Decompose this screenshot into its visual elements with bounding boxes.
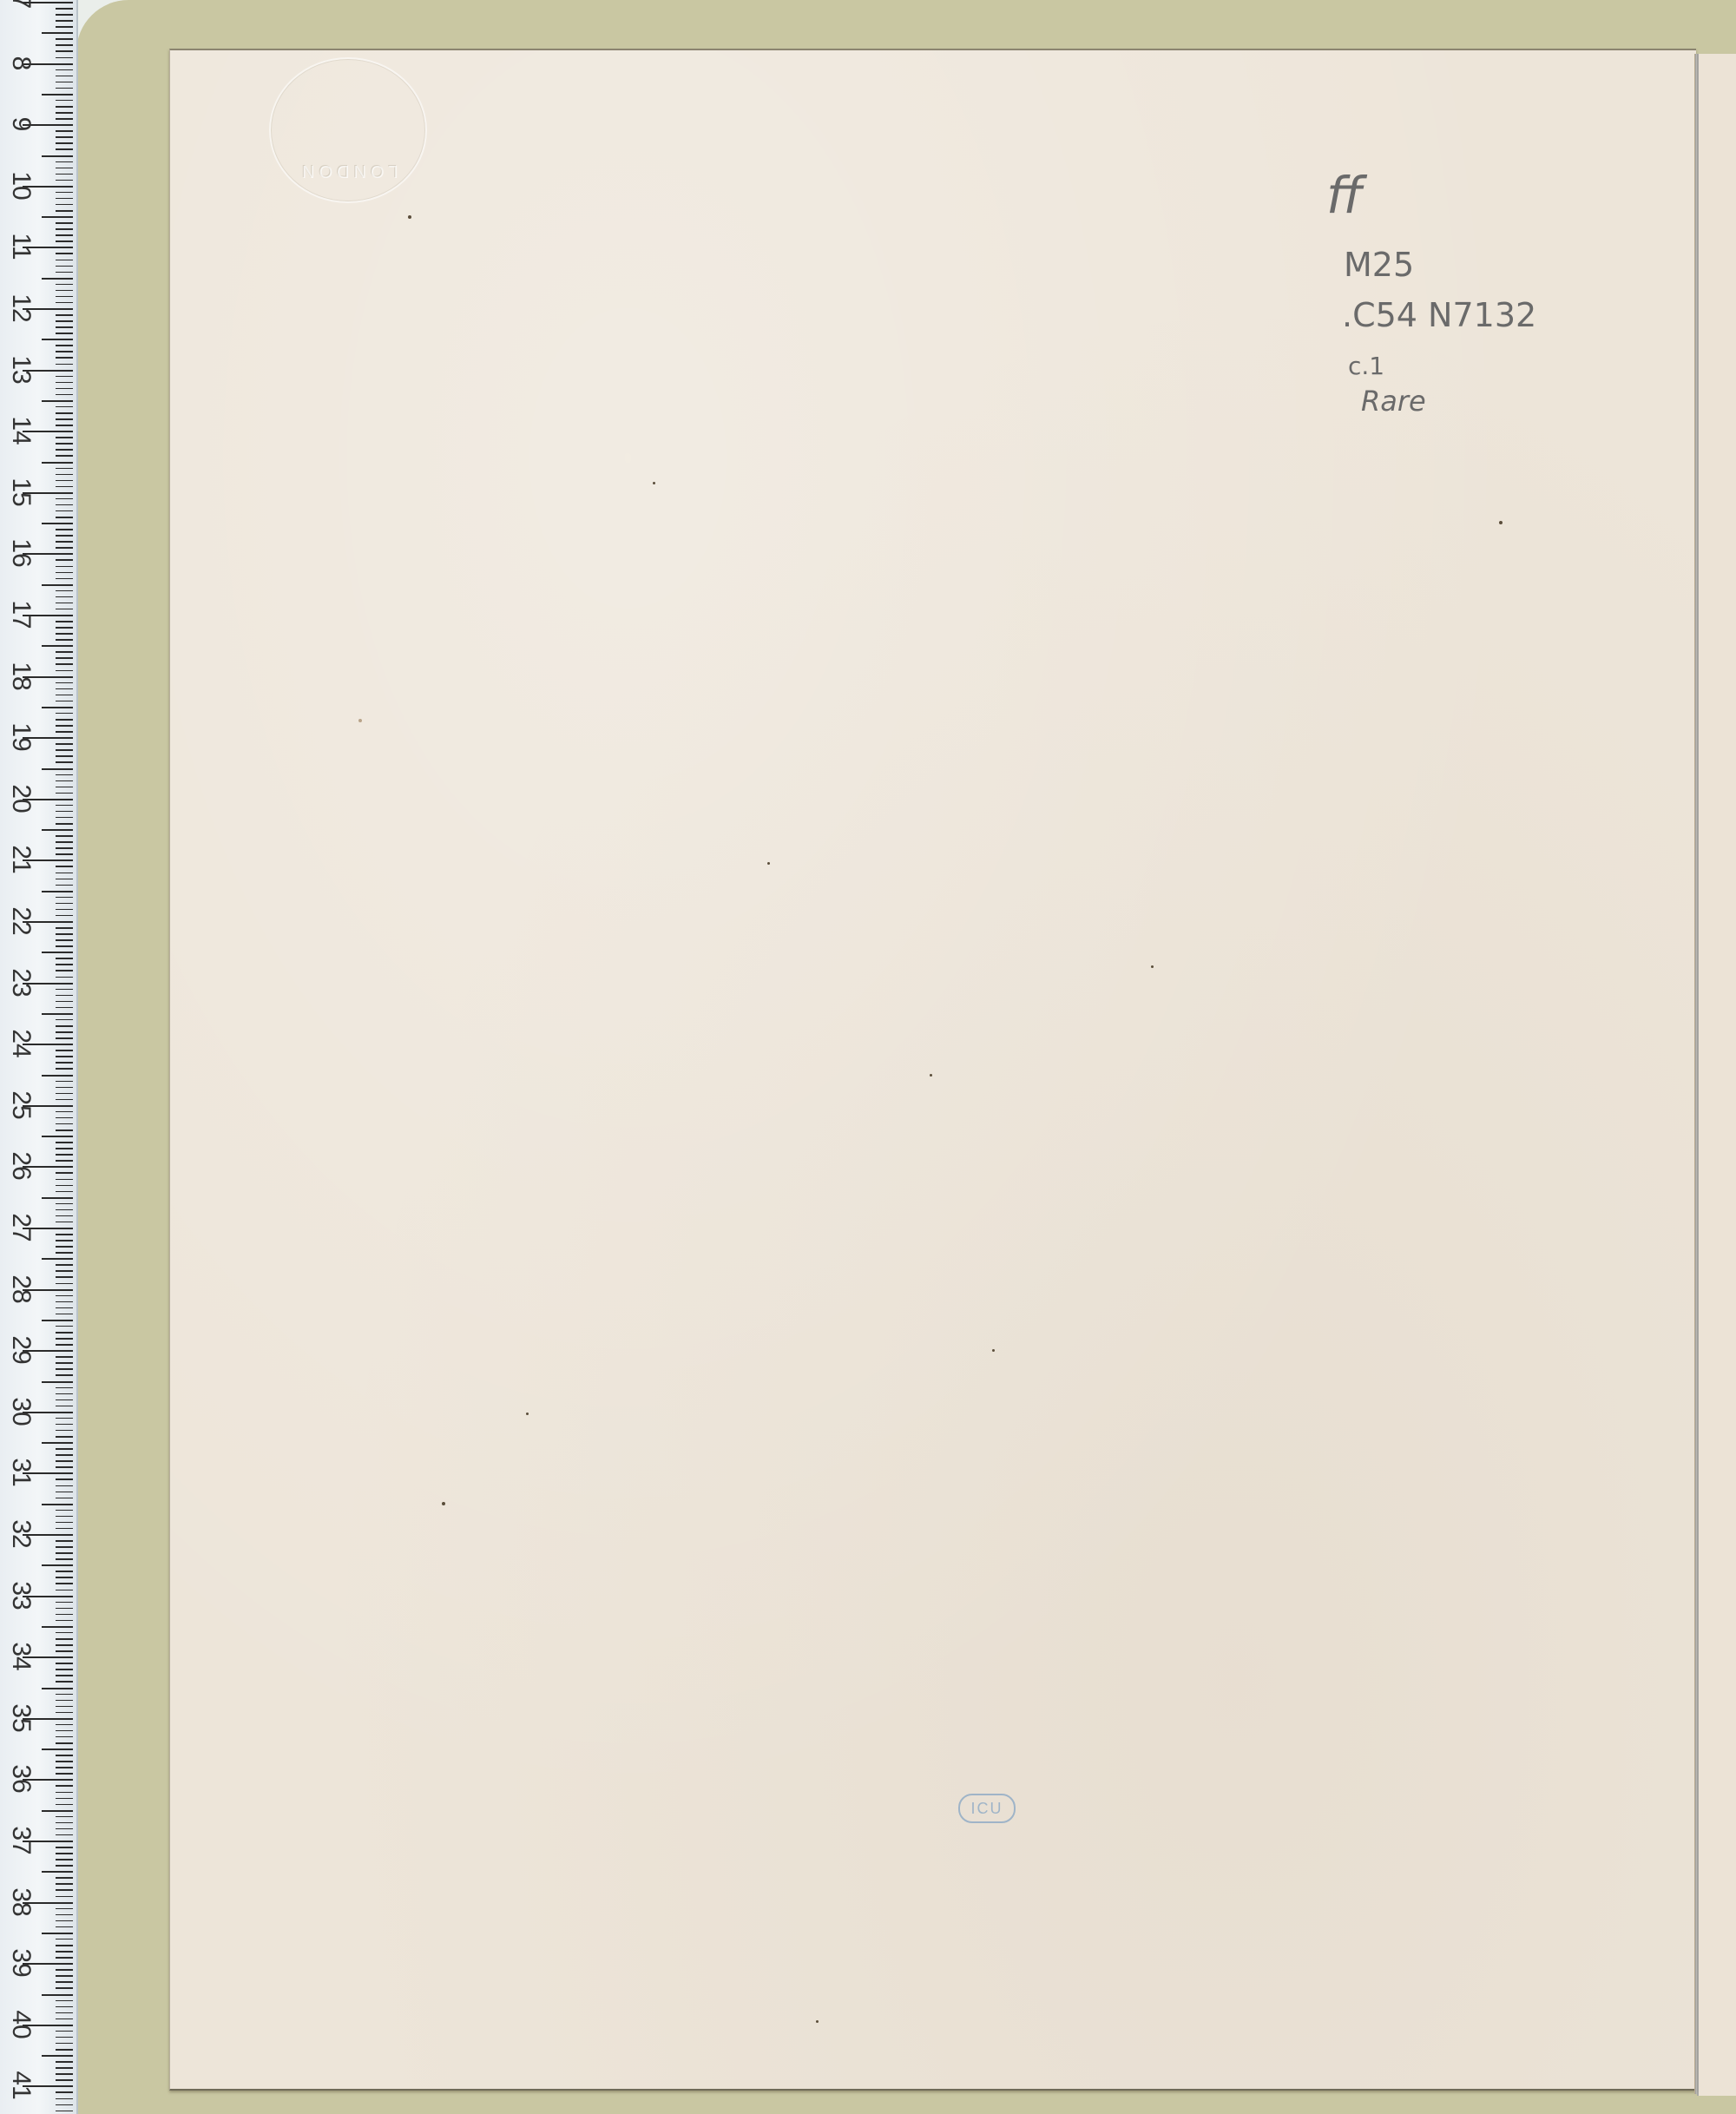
ruler-tick <box>56 1583 73 1584</box>
ruler-tick <box>56 20 73 22</box>
ruler-tick <box>56 547 73 549</box>
ruler-tick <box>56 670 73 672</box>
ruler-tick <box>56 1650 73 1652</box>
ruler-tick <box>56 1730 73 1732</box>
ruler-tick <box>56 1240 73 1241</box>
ruler-tick <box>56 541 73 543</box>
ruler-tick <box>42 1258 73 1260</box>
ruler-tick <box>56 1552 73 1554</box>
ruler-tick <box>42 278 73 280</box>
ruler-tick <box>56 755 73 757</box>
paper-speck <box>408 215 411 219</box>
ruler-tick <box>56 853 73 855</box>
ruler-number: 7 <box>8 0 34 10</box>
ruler-tick <box>56 1025 73 1027</box>
ruler-tick <box>56 879 73 880</box>
ruler-tick <box>56 142 73 144</box>
ruler-tick <box>56 180 73 181</box>
ruler-tick <box>56 204 73 206</box>
ruler-tick <box>56 1424 73 1426</box>
ruler-tick <box>56 731 73 733</box>
ruler-tick <box>56 1987 73 1989</box>
ruler-number: 38 <box>8 1887 34 1918</box>
ruler-tick <box>56 50 73 52</box>
ruler-tick <box>56 1558 73 1560</box>
ruler-tick <box>56 425 73 426</box>
ruler-tick <box>56 326 73 328</box>
ruler-tick <box>56 2104 73 2106</box>
ruler-tick <box>56 1828 73 1830</box>
ruler-tick <box>56 1068 73 1070</box>
ruler-tick <box>56 1590 73 1591</box>
rare-designation: Rare <box>1361 387 1426 415</box>
ruler-tick <box>42 1442 73 1444</box>
ruler-tick <box>56 535 73 537</box>
ruler-tick <box>56 1485 73 1487</box>
ruler-tick <box>42 584 73 586</box>
ruler-tick <box>56 529 73 530</box>
ruler-number: 40 <box>8 2009 34 2040</box>
ruler-tick <box>56 290 73 292</box>
ruler-tick <box>56 725 73 727</box>
ruler-tick <box>56 1706 73 1708</box>
ruler-number: 30 <box>8 1396 34 1427</box>
ruler-tick <box>56 2006 73 2008</box>
ruler-number: 20 <box>8 783 34 814</box>
ruler-tick <box>56 1406 73 1407</box>
ruler-tick <box>56 38 73 40</box>
ruler-tick <box>56 933 73 935</box>
ruler-tick <box>56 793 73 794</box>
ruler-number: 34 <box>8 1641 34 1672</box>
ruler-tick <box>42 645 73 647</box>
ruler-tick <box>56 596 73 598</box>
ruler-tick <box>56 1418 73 1419</box>
ruler-tick <box>56 1264 73 1266</box>
ruler-tick <box>56 1742 73 1744</box>
ruler-tick <box>56 1252 73 1254</box>
ruler-tick <box>56 412 73 414</box>
ruler-tick <box>42 1871 73 1873</box>
ruler-tick <box>56 1889 73 1891</box>
ruler-tick <box>56 958 73 959</box>
ruler-number: 32 <box>8 1518 34 1550</box>
paper-speck <box>358 719 362 722</box>
ruler-number: 37 <box>8 1825 34 1856</box>
ruler-tick <box>56 1546 73 1548</box>
ruler-tick <box>56 939 73 941</box>
ruler-tick <box>56 663 73 665</box>
ruler-number: 16 <box>8 537 34 569</box>
ruler-tick <box>56 130 73 132</box>
ruler-tick <box>56 1951 73 1953</box>
ruler-tick <box>56 2098 73 2100</box>
ruler-tick <box>56 787 73 788</box>
ruler-tick <box>42 1320 73 1321</box>
ruler-number: 25 <box>8 1090 34 1121</box>
ruler-tick <box>56 1926 73 1928</box>
ruler-tick <box>56 651 73 653</box>
ruler-tick <box>56 566 73 568</box>
ruler-tick <box>56 695 73 696</box>
ruler-tick <box>56 1117 73 1119</box>
ruler-tick <box>56 1522 73 1524</box>
ruler-tick <box>56 774 73 776</box>
ruler-tick <box>56 1129 73 1131</box>
ruler-tick <box>56 284 73 286</box>
ruler-tick <box>56 1478 73 1480</box>
ruler-tick <box>56 1234 73 1235</box>
ruler-tick <box>56 1681 73 1683</box>
ruler-tick <box>56 1877 73 1879</box>
ruler-number: 17 <box>8 599 34 630</box>
ruler-tick <box>56 841 73 843</box>
ruler-tick <box>56 1093 73 1095</box>
ruler-tick <box>56 382 73 384</box>
ruler-tick <box>56 253 73 254</box>
ruler-tick <box>56 817 73 819</box>
ruler-tick <box>42 952 73 953</box>
ruler-tick <box>56 1510 73 1511</box>
ruler-tick <box>56 1019 73 1021</box>
ruler-tick <box>56 1638 73 1640</box>
ruler-tick <box>42 1197 73 1199</box>
ruler-number: 33 <box>8 1580 34 1611</box>
ruler-tick <box>56 8 73 10</box>
ruler-tick <box>56 805 73 807</box>
underlying-page-edge <box>1697 54 1736 2096</box>
ruler-tick <box>56 1847 73 1848</box>
ruler-number: 10 <box>8 170 34 201</box>
ruler-tick <box>56 1792 73 1794</box>
ruler-tick <box>42 829 73 831</box>
ruler-tick <box>56 995 73 997</box>
ruler-tick <box>56 100 73 102</box>
ruler-tick <box>56 682 73 684</box>
ruler-tick <box>56 234 73 236</box>
ruler-tick <box>56 240 73 242</box>
ruler-tick <box>56 266 73 267</box>
ruler-tick <box>56 1185 73 1187</box>
ruler-tick <box>56 603 73 604</box>
library-ownership-stamp: ICU <box>958 1794 1016 1823</box>
ruler-tick <box>56 1031 73 1033</box>
ruler-tick <box>56 1761 73 1762</box>
ruler-tick <box>56 406 73 408</box>
ruler-tick <box>56 1179 73 1181</box>
ruler-tick <box>56 1081 73 1083</box>
ruler-tick <box>56 835 73 837</box>
ruler-tick <box>56 1975 73 1977</box>
ruler-tick <box>56 2067 73 2069</box>
ruler-tick <box>42 1136 73 1137</box>
ruler-tick <box>56 970 73 971</box>
ruler-tick <box>42 462 73 464</box>
ruler-tick <box>56 1454 73 1456</box>
ruler-tick <box>56 1516 73 1518</box>
ruler-tick <box>56 1001 73 1003</box>
ruler-tick <box>56 1694 73 1696</box>
ruler-tick <box>42 1075 73 1077</box>
ruler-tick <box>56 1191 73 1193</box>
paper-speck <box>992 1349 995 1352</box>
ruler-tick <box>56 927 73 929</box>
ruler-tick <box>56 1295 73 1297</box>
ruler-tick <box>42 1810 73 1812</box>
ruler-tick <box>56 2073 73 2075</box>
ruler-tick <box>56 627 73 629</box>
ruler-tick <box>56 2043 73 2045</box>
ruler-tick <box>56 314 73 316</box>
ruler-tick <box>56 161 73 163</box>
ruler-tick <box>56 1632 73 1634</box>
ruler-tick <box>56 1050 73 1051</box>
ruler-tick <box>56 719 73 721</box>
ruler-tick <box>56 1969 73 1971</box>
ruler-tick <box>56 198 73 200</box>
ruler-tick <box>56 1528 73 1530</box>
ruler-tick <box>56 1712 73 1714</box>
ruler-tick <box>56 1981 73 1983</box>
ruler-tick <box>56 1602 73 1604</box>
ruler-tick <box>56 1362 73 1364</box>
ruler-tick <box>56 873 73 874</box>
ruler-tick <box>56 174 73 175</box>
ruler-number: 14 <box>8 415 34 446</box>
call-number-line-1: ff <box>1326 170 1363 221</box>
ruler-tick <box>56 1920 73 1922</box>
ruler-tick <box>56 1859 73 1860</box>
paper-speck <box>1499 521 1503 524</box>
paper-speck <box>1151 965 1154 968</box>
ruler-tick <box>56 351 73 352</box>
ruler-tick <box>56 1203 73 1205</box>
ruler-tick <box>42 94 73 95</box>
ruler-tick <box>56 480 73 482</box>
ruler-tick <box>56 897 73 899</box>
ruler-tick <box>56 945 73 947</box>
ruler-tick <box>56 1883 73 1885</box>
ruler-tick <box>56 609 73 610</box>
ruler-tick <box>56 1571 73 1572</box>
ruler-tick <box>56 621 73 622</box>
ruler-number: 13 <box>8 354 34 385</box>
ruler-tick <box>56 1332 73 1334</box>
paper-speck <box>767 862 770 865</box>
ruler-tick <box>56 272 73 273</box>
ruler-tick <box>56 1466 73 1468</box>
ruler-tick <box>56 1492 73 1493</box>
paper-speck <box>930 1074 932 1077</box>
ruler-tick <box>56 1276 73 1278</box>
ruler-tick <box>56 1430 73 1432</box>
ruler-tick <box>56 296 73 298</box>
ruler-tick <box>56 302 73 304</box>
ruler-tick <box>56 688 73 690</box>
ruler-tick <box>56 1123 73 1125</box>
ruler-tick <box>42 2055 73 2057</box>
ruler-tick <box>56 1087 73 1089</box>
ruler-tick <box>56 357 73 359</box>
ruler-number: 27 <box>8 1212 34 1243</box>
ruler-tick <box>56 1620 73 1622</box>
ruler-tick <box>56 2012 73 2014</box>
ruler-tick <box>56 510 73 512</box>
ruler-number: 12 <box>8 293 34 324</box>
copy-number: c.1 <box>1348 354 1384 379</box>
ruler-tick <box>56 260 73 261</box>
ruler-tick <box>56 1675 73 1676</box>
ruler-number: 24 <box>8 1028 34 1059</box>
ruler-tick <box>56 1945 73 1946</box>
ruler-tick <box>56 1853 73 1854</box>
ruler-tick <box>42 216 73 218</box>
ruler-tick <box>56 44 73 46</box>
document-page <box>169 49 1696 2091</box>
ruler-tick <box>56 1142 73 1143</box>
ruler-tick <box>56 2091 73 2093</box>
ruler-tick <box>56 1368 73 1370</box>
ruler-number: 19 <box>8 721 34 753</box>
ruler-tick <box>56 388 73 390</box>
ruler-tick <box>56 1644 73 1646</box>
ruler-tick <box>56 964 73 965</box>
ruler-tick <box>56 1939 73 1940</box>
ruler-tick <box>56 1957 73 1959</box>
ruler-tick <box>56 977 73 978</box>
ruler-tick <box>56 1007 73 1009</box>
ruler-tick <box>56 639 73 641</box>
ruler-tick <box>56 1172 73 1174</box>
ruler-tick <box>56 1209 73 1211</box>
ruler-tick <box>56 1326 73 1327</box>
ruler-tick <box>42 400 73 402</box>
ruler-tick <box>56 2111 73 2112</box>
ruler-number: 22 <box>8 906 34 937</box>
ruler-tick <box>56 909 73 911</box>
ruler-tick <box>56 486 73 488</box>
ruler-tick <box>56 443 73 445</box>
ruler-tick <box>56 2000 73 2002</box>
ruler-tick <box>56 1614 73 1616</box>
ruler-tick <box>56 69 73 71</box>
ruler-tick <box>56 1215 73 1217</box>
paper-speck <box>442 1502 445 1505</box>
ruler-tick <box>56 847 73 849</box>
ruler-tick <box>42 1504 73 1505</box>
ruler-number: 18 <box>8 661 34 692</box>
ruler-tick <box>56 1577 73 1578</box>
ruler-tick <box>56 1908 73 1910</box>
ruler-tick <box>56 1767 73 1768</box>
ruler-tick <box>56 76 73 77</box>
ruler-tick <box>56 1307 73 1309</box>
ruler-tick <box>56 1816 73 1818</box>
ruler-tick <box>56 823 73 825</box>
ruler-tick <box>56 2049 73 2051</box>
ruler-tick <box>56 26 73 28</box>
measurement-ruler: 7891011121314151617181920212223242526272… <box>0 0 78 2114</box>
ruler-tick <box>56 1896 73 1898</box>
ruler-tick <box>56 1540 73 1542</box>
ruler-tick <box>42 707 73 708</box>
ruler-number: 31 <box>8 1457 34 1488</box>
ruler-tick <box>56 2061 73 2063</box>
ruler-tick <box>56 1356 73 1358</box>
ruler-tick <box>56 866 73 867</box>
ruler-tick <box>56 1056 73 1057</box>
ruler-tick <box>56 1663 73 1664</box>
ruler-tick <box>56 780 73 782</box>
ruler-tick <box>56 811 73 813</box>
ruler-tick <box>56 1608 73 1610</box>
ruler-tick <box>56 320 73 322</box>
ruler-tick <box>56 517 73 518</box>
ruler-tick <box>56 1669 73 1670</box>
call-number-line-3: .C54 N7132 <box>1342 299 1536 332</box>
ruler-tick <box>56 418 73 420</box>
ruler-tick <box>42 1748 73 1750</box>
ruler-tick <box>42 1933 73 1934</box>
ruler-tick <box>42 891 73 892</box>
ruler-tick <box>56 1460 73 1462</box>
blind-stamp-text: LONDON <box>271 161 425 181</box>
ruler-tick <box>56 1822 73 1824</box>
ruler-tick <box>56 333 73 334</box>
ruler-tick <box>56 903 73 905</box>
ruler-tick <box>56 222 73 224</box>
ruler-tick <box>56 345 73 346</box>
ruler-tick <box>56 1865 73 1867</box>
ruler-tick <box>56 1736 73 1738</box>
ruler-tick <box>56 633 73 635</box>
ruler-tick <box>56 1393 73 1395</box>
ruler-number: 28 <box>8 1274 34 1305</box>
ruler-tick <box>56 1755 73 1756</box>
ruler-number: 21 <box>8 844 34 875</box>
ruler-number: 26 <box>8 1150 34 1182</box>
ruler-number: 15 <box>8 477 34 508</box>
ruler-number: 36 <box>8 1763 34 1795</box>
ruler-tick <box>56 2079 73 2081</box>
ruler-tick <box>56 474 73 476</box>
ruler-tick <box>42 1994 73 1996</box>
ruler-tick <box>56 112 73 114</box>
ruler-tick <box>56 228 73 230</box>
ruler-tick <box>56 106 73 108</box>
ruler-tick <box>56 455 73 457</box>
ruler-number: 29 <box>8 1334 34 1366</box>
ruler-tick <box>56 136 73 138</box>
ruler-tick <box>56 437 73 438</box>
ruler-tick <box>56 1498 73 1499</box>
ruler-tick <box>56 701 73 702</box>
ruler-tick <box>56 578 73 580</box>
ruler-tick <box>56 1283 73 1285</box>
ruler-tick <box>56 2031 73 2032</box>
ruler-tick <box>56 559 73 561</box>
ruler-number: 8 <box>8 56 34 71</box>
ruler-tick <box>56 394 73 396</box>
ruler-tick <box>42 155 73 157</box>
ruler-tick <box>56 1099 73 1101</box>
ruler-tick <box>56 1724 73 1726</box>
ruler-tick <box>56 468 73 470</box>
ruler-number: 11 <box>8 231 34 262</box>
ruler-tick <box>56 572 73 574</box>
ruler-tick <box>56 364 73 366</box>
ruler-tick <box>56 1344 73 1346</box>
